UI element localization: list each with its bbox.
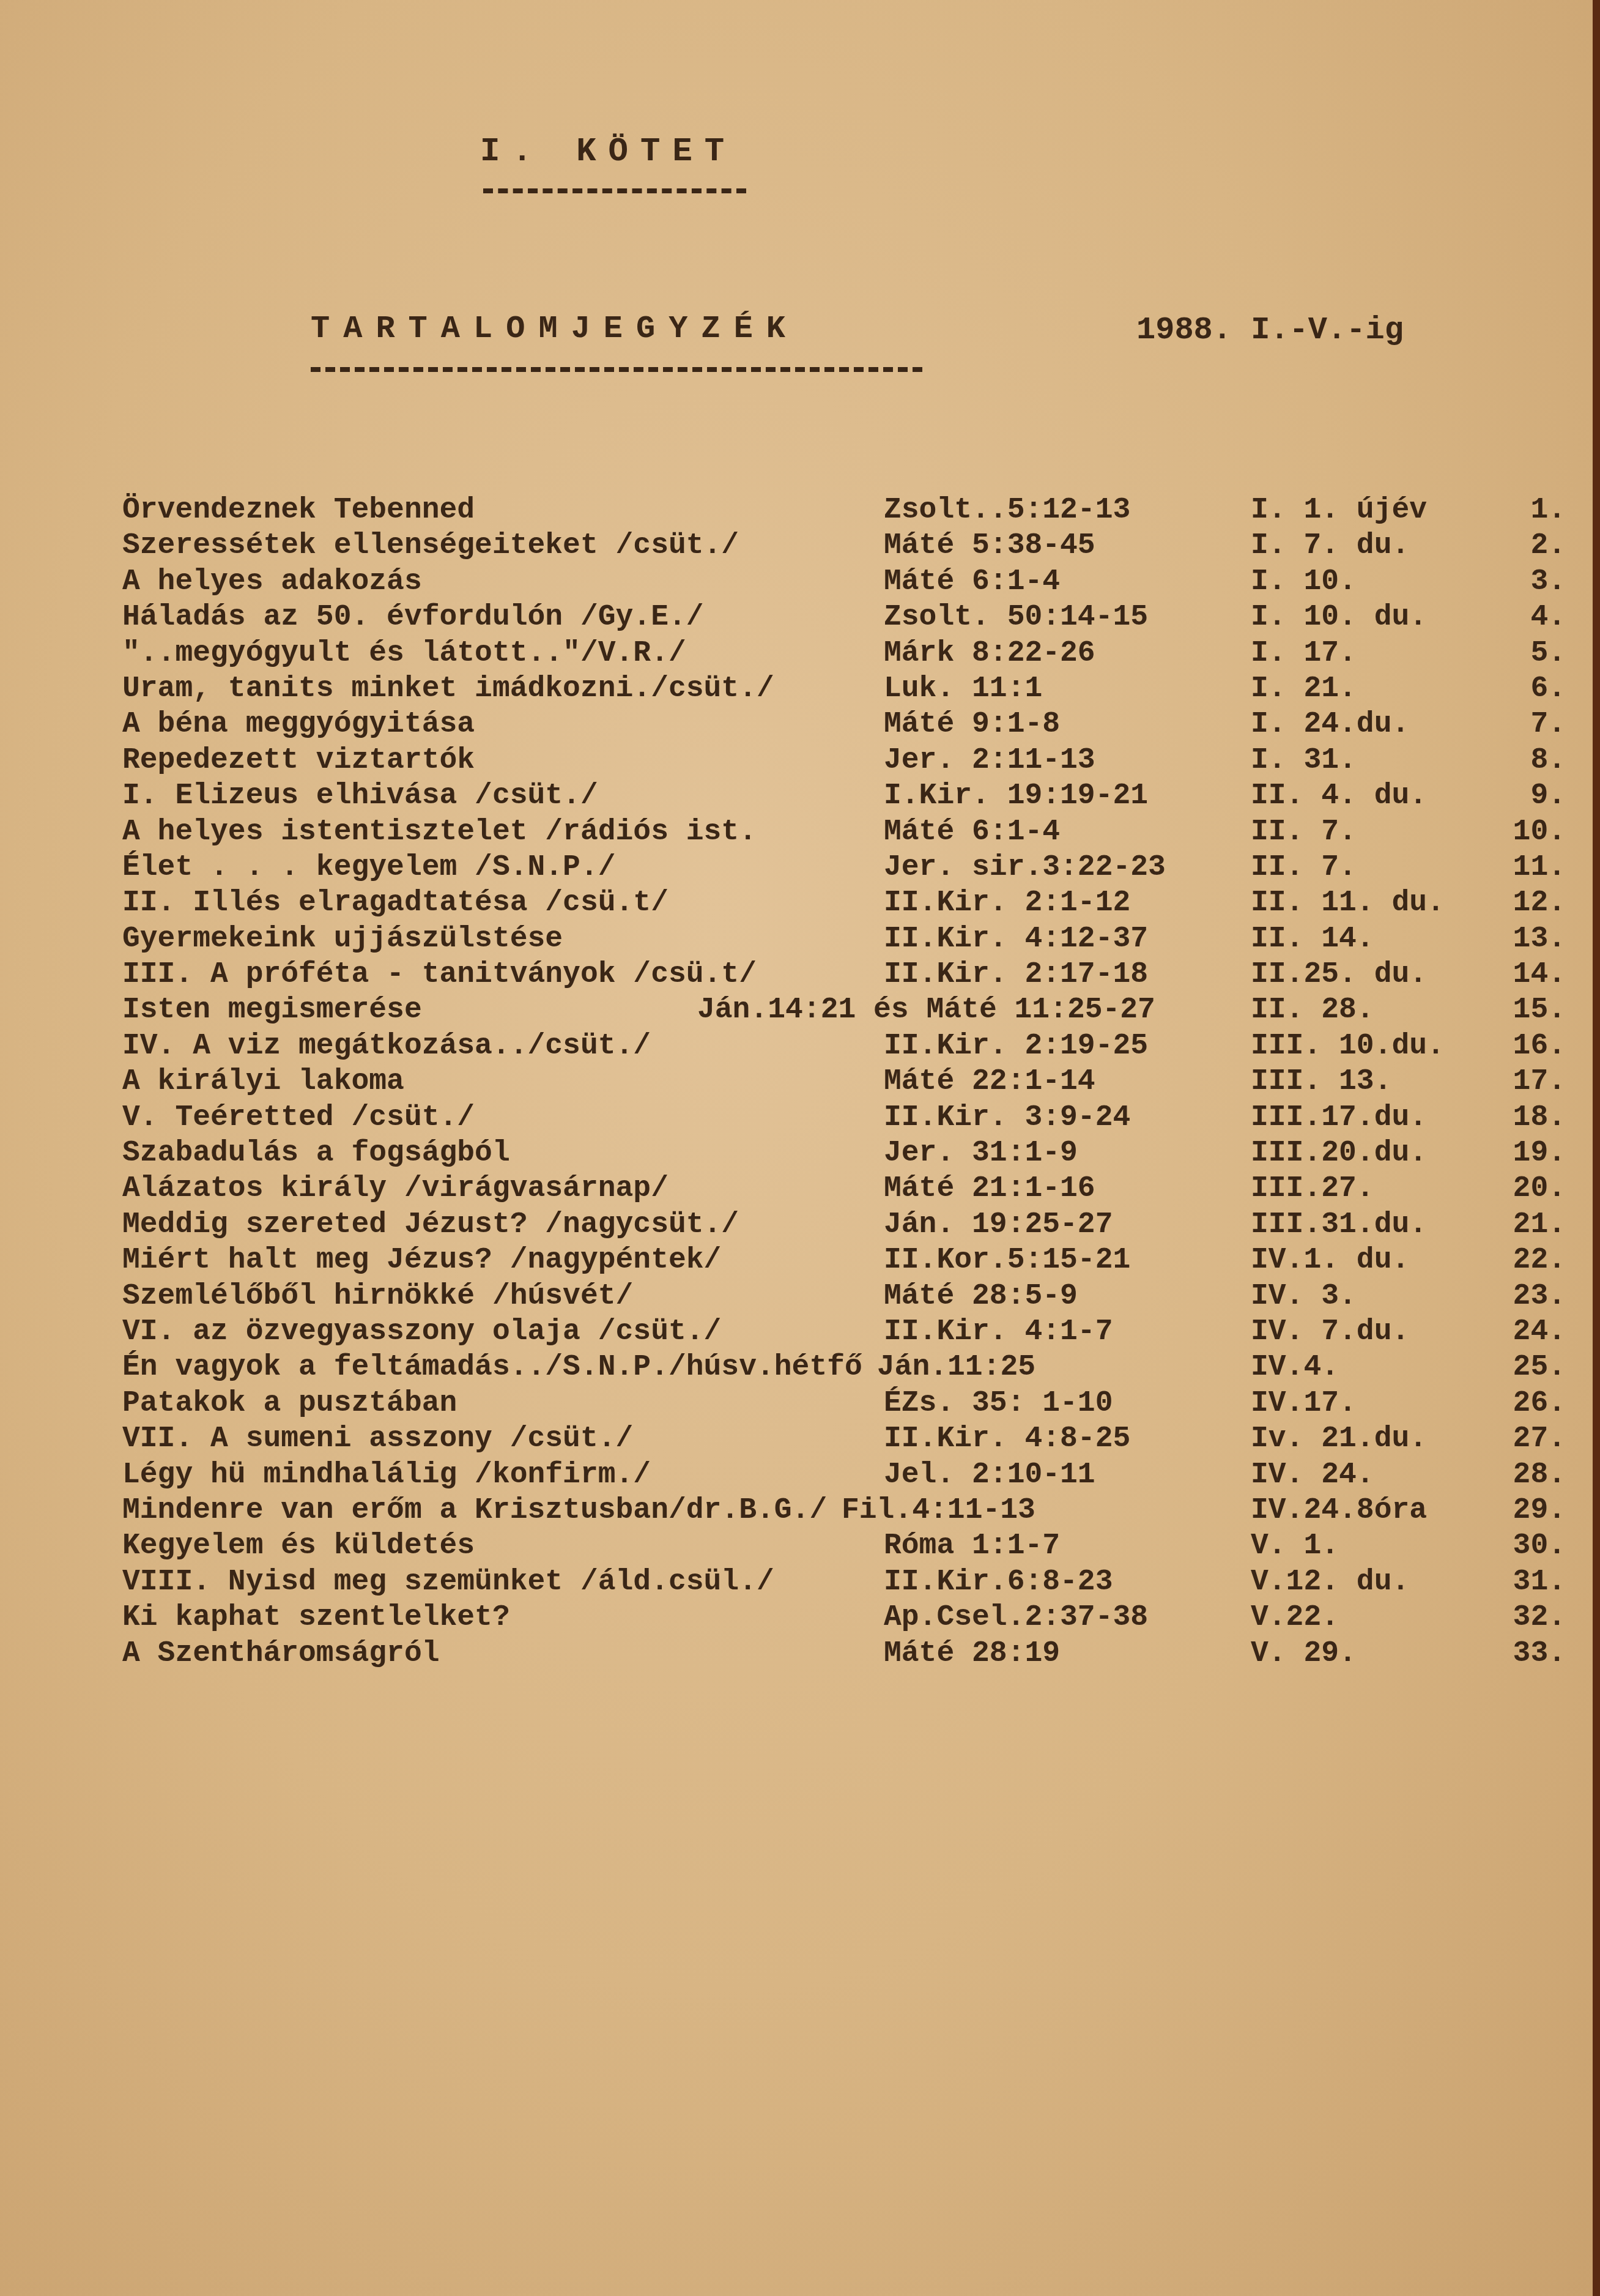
entry-bible-ref: II.Kir. 4:1-7 (884, 1314, 1113, 1350)
entry-date: V. 1. (1251, 1528, 1339, 1564)
entry-bible-ref: II.Kor.5:15-21 (884, 1243, 1130, 1278)
entry-date: III.20.du. (1251, 1135, 1427, 1171)
toc-entry: VII. A sumeni asszony /csüt./II.Kir. 4:8… (122, 1421, 1566, 1457)
entry-number: 17. (1513, 1064, 1566, 1099)
entry-date: V.12. du. (1251, 1564, 1409, 1600)
entry-date: II. 4. du. (1251, 778, 1427, 814)
entry-bible-ref: Máté 21:1-16 (884, 1171, 1095, 1206)
entry-bible-ref: Zsolt. 50:14-15 (884, 600, 1148, 635)
entry-title: Repedezett viztartók (122, 743, 475, 778)
entry-date: I. 7. du. (1251, 528, 1409, 563)
entry-date: III.27. (1251, 1171, 1374, 1206)
entry-bible-ref: II.Kir. 2:17-18 (884, 957, 1148, 992)
entry-title: Élet . . . kegyelem /S.N.P./ (122, 850, 616, 885)
entry-date: II. 14. (1251, 921, 1374, 957)
entry-title: Szeressétek ellenségeiteket /csüt./ (122, 528, 739, 563)
entry-date: II.25. du. (1251, 957, 1427, 992)
toc-entry: Szeressétek ellenségeiteket /csüt./Máté … (122, 528, 1566, 563)
entry-date: II. 7. (1251, 850, 1357, 885)
entry-bible-ref: Jel. 2:10-11 (884, 1457, 1095, 1493)
entry-date: II. 7. (1251, 814, 1357, 850)
entry-title: VI. az özvegyasszony olaja /csüt./ (122, 1314, 721, 1350)
entry-date: V.22. (1251, 1600, 1339, 1635)
entry-number: 1. (1530, 492, 1566, 528)
entry-title: Szabadulás a fogságból (122, 1135, 510, 1171)
toc-entry: A helyes istentisztelet /rádiós ist.Máté… (122, 814, 1566, 850)
entry-number: 8. (1530, 743, 1566, 778)
entry-bible-ref: I.Kir. 19:19-21 (884, 778, 1148, 814)
entry-bible-ref: Ján.11:25 (877, 1350, 1035, 1385)
toc-entry: Patakok a pusztábanÉZs. 35: 1-10IV.17.26… (122, 1386, 1566, 1421)
entry-bible-ref: Máté 6:1-4 (884, 564, 1060, 600)
entry-title: Örvendeznek Tebenned (122, 492, 475, 528)
entry-number: 28. (1513, 1457, 1566, 1493)
entry-date: Iv. 21.du. (1251, 1421, 1427, 1457)
toc-date-range: 1988. I.-V.-ig (1136, 312, 1404, 348)
entry-number: 14. (1513, 957, 1566, 992)
volume-title: I. KÖTET (480, 133, 736, 171)
entry-number: 20. (1513, 1171, 1566, 1206)
toc-entry: Miért halt meg Jézus? /nagypéntek/II.Kor… (122, 1243, 1566, 1278)
toc-entry: Háladás az 50. évfordulón /Gy.E./Zsolt. … (122, 600, 1566, 635)
entry-date: I. 10. du. (1251, 600, 1427, 635)
toc-entry: VIII. Nyisd meg szemünket /áld.csül./II.… (122, 1564, 1566, 1600)
entry-bible-ref: Máté 6:1-4 (884, 814, 1060, 850)
entry-date: I. 31. (1251, 743, 1357, 778)
entry-bible-ref: II.Kir. 4:8-25 (884, 1421, 1130, 1457)
toc-entry: A SzentháromságrólMáté 28:19V. 29.33. (122, 1636, 1566, 1671)
toc-entry: Ki kaphat szentlelket?Ap.Csel.2:37-38V.2… (122, 1600, 1566, 1635)
entry-title: Kegyelem és küldetés (122, 1528, 475, 1564)
entry-date: I. 10. (1251, 564, 1357, 600)
toc-entry: Meddig szereted Jézust? /nagycsüt./Ján. … (122, 1207, 1566, 1243)
entry-number: 7. (1530, 707, 1566, 742)
toc-entry: Én vagyok a feltámadás../S.N.P./húsv.hét… (122, 1350, 1566, 1385)
entry-number: 21. (1513, 1207, 1566, 1243)
entry-number: 10. (1513, 814, 1566, 850)
toc-entry: A helyes adakozásMáté 6:1-4I. 10.3. (122, 564, 1566, 600)
entry-bible-ref: ÉZs. 35: 1-10 (884, 1386, 1113, 1421)
entry-bible-ref: Márk 8:22-26 (884, 636, 1095, 671)
entry-number: 4. (1530, 600, 1566, 635)
entry-date: IV. 7.du. (1251, 1314, 1409, 1350)
toc-entry: "..megyógyult és látott.."/V.R./Márk 8:2… (122, 636, 1566, 671)
toc-list: Örvendeznek TebennedZsolt..5:12-13I. 1. … (122, 492, 1566, 1671)
entry-title: I. Elizeus elhivása /csüt./ (122, 778, 598, 814)
entry-title: A helyes istentisztelet /rádiós ist. (122, 814, 757, 850)
entry-title: Én vagyok a feltámadás../S.N.P./húsv.hét… (122, 1350, 862, 1385)
entry-bible-ref: II.Kir. 2:1-12 (884, 885, 1130, 921)
entry-number: 3. (1530, 564, 1566, 600)
entry-bible-ref: II.Kir. 2:19-25 (884, 1028, 1148, 1064)
toc-entry: Légy hü mindhalálig /konfirm./Jel. 2:10-… (122, 1457, 1566, 1493)
entry-number: 13. (1513, 921, 1566, 957)
entry-title: Szemlélőből hirnökké /húsvét/ (122, 1279, 633, 1314)
entry-title: Háladás az 50. évfordulón /Gy.E./ (122, 600, 704, 635)
entry-title: VIII. Nyisd meg szemünket /áld.csül./ (122, 1564, 774, 1600)
toc-entry: A királyi lakomaMáté 22:1-14III. 13.17. (122, 1064, 1566, 1099)
entry-bible-ref: Máté 22:1-14 (884, 1064, 1095, 1099)
toc-entry: Élet . . . kegyelem /S.N.P./Jer. sir.3:2… (122, 850, 1566, 885)
entry-number: 33. (1513, 1636, 1566, 1671)
toc-entry: Alázatos király /virágvasárnap/Máté 21:1… (122, 1171, 1566, 1206)
volume-underline (483, 188, 746, 193)
entry-bible-ref: II.Kir.6:8-23 (884, 1564, 1113, 1600)
entry-number: 22. (1513, 1243, 1566, 1278)
entry-number: 25. (1513, 1350, 1566, 1385)
entry-bible-ref: II.Kir. 3:9-24 (884, 1100, 1130, 1135)
entry-date: II. 28. (1251, 992, 1374, 1028)
entry-bible-ref: Zsolt..5:12-13 (884, 492, 1130, 528)
toc-entry: Mindenre van erőm a Krisztusban/dr.B.G./… (122, 1493, 1566, 1528)
entry-title: VII. A sumeni asszony /csüt./ (122, 1421, 633, 1457)
entry-date: IV.17. (1251, 1386, 1357, 1421)
entry-number: 11. (1513, 850, 1566, 885)
entry-number: 23. (1513, 1279, 1566, 1314)
toc-entry: Uram, tanits minket imádkozni./csüt./Luk… (122, 671, 1566, 707)
entry-title: Gyermekeink ujjászülstése (122, 921, 563, 957)
entry-title: IV. A viz megátkozása../csüt./ (122, 1028, 651, 1064)
toc-entry: Isten megismeréseJán.14:21 és Máté 11:25… (122, 992, 1566, 1028)
entry-title: III. A próféta - tanitványok /csü.t/ (122, 957, 757, 992)
entry-date: IV.1. du. (1251, 1243, 1409, 1278)
entry-number: 32. (1513, 1600, 1566, 1635)
entry-date: IV.4. (1251, 1350, 1339, 1385)
toc-entry: Szabadulás a fogságbólJer. 31:1-9III.20.… (122, 1135, 1566, 1171)
entry-title: A királyi lakoma (122, 1064, 404, 1099)
toc-underline (311, 367, 922, 372)
entry-bible-ref: Róma 1:1-7 (884, 1528, 1060, 1564)
entry-title: Patakok a pusztában (122, 1386, 457, 1421)
entry-date: I. 24.du. (1251, 707, 1409, 742)
entry-bible-ref: Luk. 11:1 (884, 671, 1042, 707)
entry-bible-ref: Ján. 19:25-27 (884, 1207, 1113, 1243)
entry-title: Ki kaphat szentlelket? (122, 1600, 510, 1635)
entry-date: III. 10.du. (1251, 1028, 1445, 1064)
toc-entry: Gyermekeink ujjászülstéseII.Kir. 4:12-37… (122, 921, 1566, 957)
entry-number: 16. (1513, 1028, 1566, 1064)
entry-title: "..megyógyult és látott.."/V.R./ (122, 636, 686, 671)
entry-date: III.17.du. (1251, 1100, 1427, 1135)
entry-date: V. 29. (1251, 1636, 1357, 1671)
entry-number: 31. (1513, 1564, 1566, 1600)
entry-number: 9. (1530, 778, 1566, 814)
entry-bible-ref: Máté 9:1-8 (884, 707, 1060, 742)
entry-bible-ref: Máté 28:5-9 (884, 1279, 1078, 1314)
entry-date: IV. 24. (1251, 1457, 1374, 1493)
entry-title: A Szentháromságról (122, 1636, 439, 1671)
toc-entry: Kegyelem és küldetésRóma 1:1-7V. 1.30. (122, 1528, 1566, 1564)
entry-title: Alázatos király /virágvasárnap/ (122, 1171, 669, 1206)
entry-number: 30. (1513, 1528, 1566, 1564)
toc-entry: Szemlélőből hirnökké /húsvét/Máté 28:5-9… (122, 1279, 1566, 1314)
entry-bible-ref: Jer. 31:1-9 (884, 1135, 1078, 1171)
entry-date: III.31.du. (1251, 1207, 1427, 1243)
entry-date: I. 17. (1251, 636, 1357, 671)
entry-date: IV. 3. (1251, 1279, 1357, 1314)
toc-entry: III. A próféta - tanitványok /csü.t/II.K… (122, 957, 1566, 992)
toc-entry: IV. A viz megátkozása../csüt./II.Kir. 2:… (122, 1028, 1566, 1064)
entry-date: III. 13. (1251, 1064, 1391, 1099)
entry-number: 19. (1513, 1135, 1566, 1171)
entry-title: Miért halt meg Jézus? /nagypéntek/ (122, 1243, 721, 1278)
entry-title: II. Illés elragadtatésa /csü.t/ (122, 885, 669, 921)
entry-bible-ref: Fil.4:11-13 (842, 1493, 1035, 1528)
entry-bible-ref: Máté 5:38-45 (884, 528, 1095, 563)
typed-page: I. KÖTET TARTALOMJEGYZÉK 1988. I.-V.-ig … (0, 0, 1593, 2296)
entry-title: A béna meggyógyitása (122, 707, 475, 742)
entry-bible-ref: Jer. sir.3:22-23 (884, 850, 1166, 885)
entry-title: Mindenre van erőm a Krisztusban/dr.B.G./ (122, 1493, 827, 1528)
entry-number: 24. (1513, 1314, 1566, 1350)
toc-title: TARTALOMJEGYZÉK (311, 311, 799, 347)
toc-entry: Repedezett viztartókJer. 2:11-13I. 31.8. (122, 743, 1566, 778)
entry-date: II. 11. du. (1251, 885, 1445, 921)
entry-date: I. 1. újév (1251, 492, 1427, 528)
toc-entry: I. Elizeus elhivása /csüt./I.Kir. 19:19-… (122, 778, 1566, 814)
toc-entry: Örvendeznek TebennedZsolt..5:12-13I. 1. … (122, 492, 1566, 528)
entry-date: I. 21. (1251, 671, 1357, 707)
entry-title: Meddig szereted Jézust? /nagycsüt./ (122, 1207, 739, 1243)
entry-bible-ref: Ján.14:21 és Máté 11:25-27 (697, 992, 1155, 1028)
entry-title: V. Teéretted /csüt./ (122, 1100, 475, 1135)
toc-entry: II. Illés elragadtatésa /csü.t/II.Kir. 2… (122, 885, 1566, 921)
entry-title: A helyes adakozás (122, 564, 422, 600)
entry-bible-ref: Máté 28:19 (884, 1636, 1060, 1671)
entry-number: 12. (1513, 885, 1566, 921)
entry-number: 2. (1530, 528, 1566, 563)
entry-number: 26. (1513, 1386, 1566, 1421)
entry-title: Isten megismerése (122, 992, 422, 1028)
entry-number: 29. (1513, 1493, 1566, 1528)
entry-title: Légy hü mindhalálig /konfirm./ (122, 1457, 651, 1493)
toc-entry: V. Teéretted /csüt./II.Kir. 3:9-24III.17… (122, 1100, 1566, 1135)
entry-number: 5. (1530, 636, 1566, 671)
entry-number: 15. (1513, 992, 1566, 1028)
entry-bible-ref: Jer. 2:11-13 (884, 743, 1095, 778)
toc-entry: VI. az özvegyasszony olaja /csüt./II.Kir… (122, 1314, 1566, 1350)
entry-date: IV.24.8óra (1251, 1493, 1427, 1528)
entry-bible-ref: Ap.Csel.2:37-38 (884, 1600, 1148, 1635)
toc-entry: A béna meggyógyitásaMáté 9:1-8I. 24.du.7… (122, 707, 1566, 742)
entry-title: Uram, tanits minket imádkozni./csüt./ (122, 671, 774, 707)
entry-bible-ref: II.Kir. 4:12-37 (884, 921, 1148, 957)
entry-number: 6. (1530, 671, 1566, 707)
entry-number: 27. (1513, 1421, 1566, 1457)
entry-number: 18. (1513, 1100, 1566, 1135)
